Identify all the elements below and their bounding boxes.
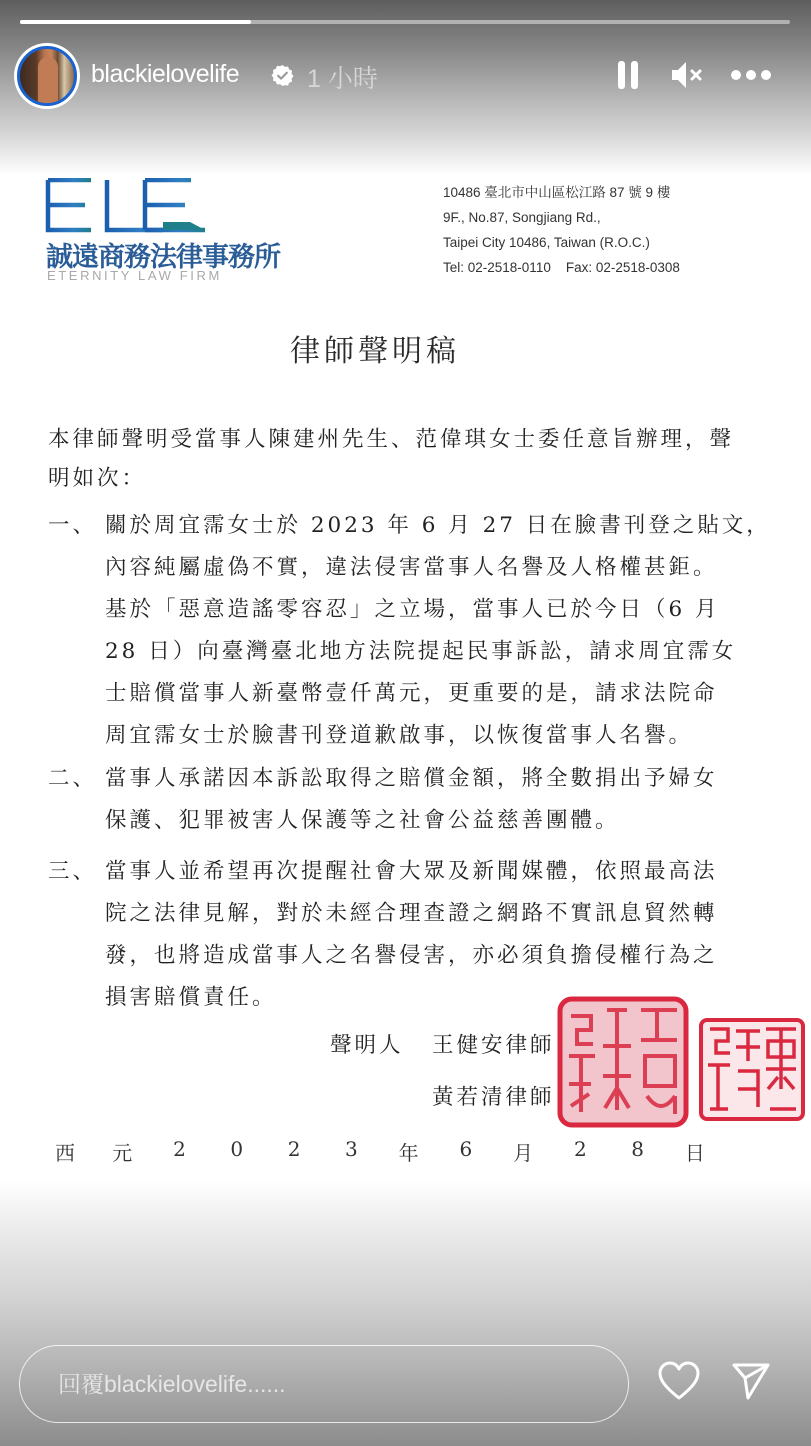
signer-name: 王健安律師 (432, 1028, 555, 1059)
clause-body: 當事人承諾因本訴訟取得之賠償金額，將全數捐出予婦女 保護、犯罪被害人保護等之社會… (105, 758, 718, 842)
seal-stamp-icon (698, 1017, 806, 1122)
signer-name: 黃若清律師 (432, 1080, 555, 1111)
clause-line: 士賠償當事人新臺幣壹仟萬元，更重要的是，請求法院命 (105, 673, 771, 715)
clause-line: 基於「惡意造謠零容忍」之立場，當事人已於今日（6 月 (105, 589, 771, 631)
mute-button[interactable] (668, 58, 706, 92)
pause-button[interactable] (612, 58, 644, 92)
avatar[interactable] (14, 43, 80, 109)
date-part: 日 (680, 1137, 710, 1166)
speaker-muted-icon (670, 60, 704, 90)
seal-stamp-icon (557, 996, 689, 1128)
date-part: 西 (50, 1137, 80, 1166)
date-part: 月 (508, 1137, 538, 1166)
more-options-button[interactable] (727, 58, 775, 92)
clause-line: 28 日）向臺灣臺北地方法院提起民事訴訟，請求周宜霈女 (105, 631, 771, 673)
date-part: 2 (565, 1137, 595, 1166)
clause-line: 關於周宜霈女士於 2023 年 6 月 27 日在臉書刊登之貼文， (105, 505, 771, 547)
clause-line: 院之法律見解，對於未經合理查證之網路不實訊息貿然轉 (105, 893, 718, 935)
date-part: 2 (165, 1137, 195, 1166)
address-line: Taipei City 10486, Taiwan (R.O.C.) (443, 230, 680, 255)
clause-line: 當事人並希望再次提醒社會大眾及新聞媒體，依照最高法 (105, 851, 718, 893)
firm-address: 10486 臺北市中山區松江路 87 號 9 樓 9F., No.87, Son… (443, 180, 680, 280)
story-header: blackielovelife 1 小時 (0, 40, 811, 112)
date-part: 年 (394, 1137, 424, 1166)
intro-paragraph: 本律師聲明受當事人陳建州先生、范偉琪女士委任意旨辦理，聲 明如次： (48, 420, 734, 498)
send-icon (731, 1362, 771, 1400)
signer-label: 聲明人 (330, 1028, 404, 1059)
date-part: 2 (279, 1137, 309, 1166)
firm-name-en: ETERNITY LAW FIRM (47, 268, 222, 283)
username-link[interactable]: blackielovelife (91, 60, 239, 89)
date-part: 6 (451, 1137, 481, 1166)
clause-number: 三、 (48, 851, 97, 893)
address-line: 9F., No.87, Songjiang Rd., (443, 205, 680, 230)
clause-body: 當事人並希望再次提醒社會大眾及新聞媒體，依照最高法 院之法律見解，對於未經合理查… (105, 851, 718, 1019)
date-part: 3 (336, 1137, 366, 1166)
clause-line: 周宜霈女士於臉書刊登道歉啟事，以恢復當事人名譽。 (105, 715, 771, 757)
share-button[interactable] (728, 1358, 774, 1404)
post-time: 1 小時 (307, 59, 378, 95)
address-line: 10486 臺北市中山區松江路 87 號 9 樓 (443, 180, 680, 205)
intro-line: 本律師聲明受當事人陳建州先生、范偉琪女士委任意旨辦理，聲 (48, 420, 734, 459)
pause-icon (617, 60, 639, 90)
verified-badge-icon (271, 64, 294, 87)
document-date: 西 元 2 0 2 3 年 6 月 2 8 日 (50, 1137, 710, 1166)
document-title: 律師聲明稿 (0, 326, 750, 370)
date-part: 0 (222, 1137, 252, 1166)
address-line: Tel: 02-2518-0110 Fax: 02-2518-0308 (443, 255, 680, 280)
intro-line: 明如次： (48, 459, 734, 498)
avatar-story-ring (17, 46, 77, 106)
clause-body: 關於周宜霈女士於 2023 年 6 月 27 日在臉書刊登之貼文， 內容純屬虛偽… (105, 505, 771, 757)
clause-line: 當事人承諾因本訴訟取得之賠償金額，將全數捐出予婦女 (105, 758, 718, 800)
clause-line: 保護、犯罪被害人保護等之社會公益慈善團體。 (105, 800, 718, 842)
date-part: 8 (623, 1137, 653, 1166)
clause-line: 內容純屬虛偽不實，違法侵害當事人名譽及人格權甚鉅。 (105, 547, 771, 589)
clause-line: 發，也將造成當事人之名譽侵害，亦必須負擔侵權行為之 (105, 935, 718, 977)
avatar-photo (38, 57, 58, 106)
date-part: 元 (107, 1137, 137, 1166)
heart-icon (657, 1361, 701, 1401)
like-button[interactable] (656, 1358, 702, 1404)
story-progress-fill (20, 20, 251, 24)
reply-field[interactable] (19, 1345, 629, 1423)
more-horizontal-icon (730, 69, 772, 81)
reply-input[interactable] (58, 1371, 628, 1398)
story-progress-bar (20, 20, 790, 24)
clause-number: 二、 (48, 758, 97, 800)
clause-number: 一、 (48, 505, 97, 547)
